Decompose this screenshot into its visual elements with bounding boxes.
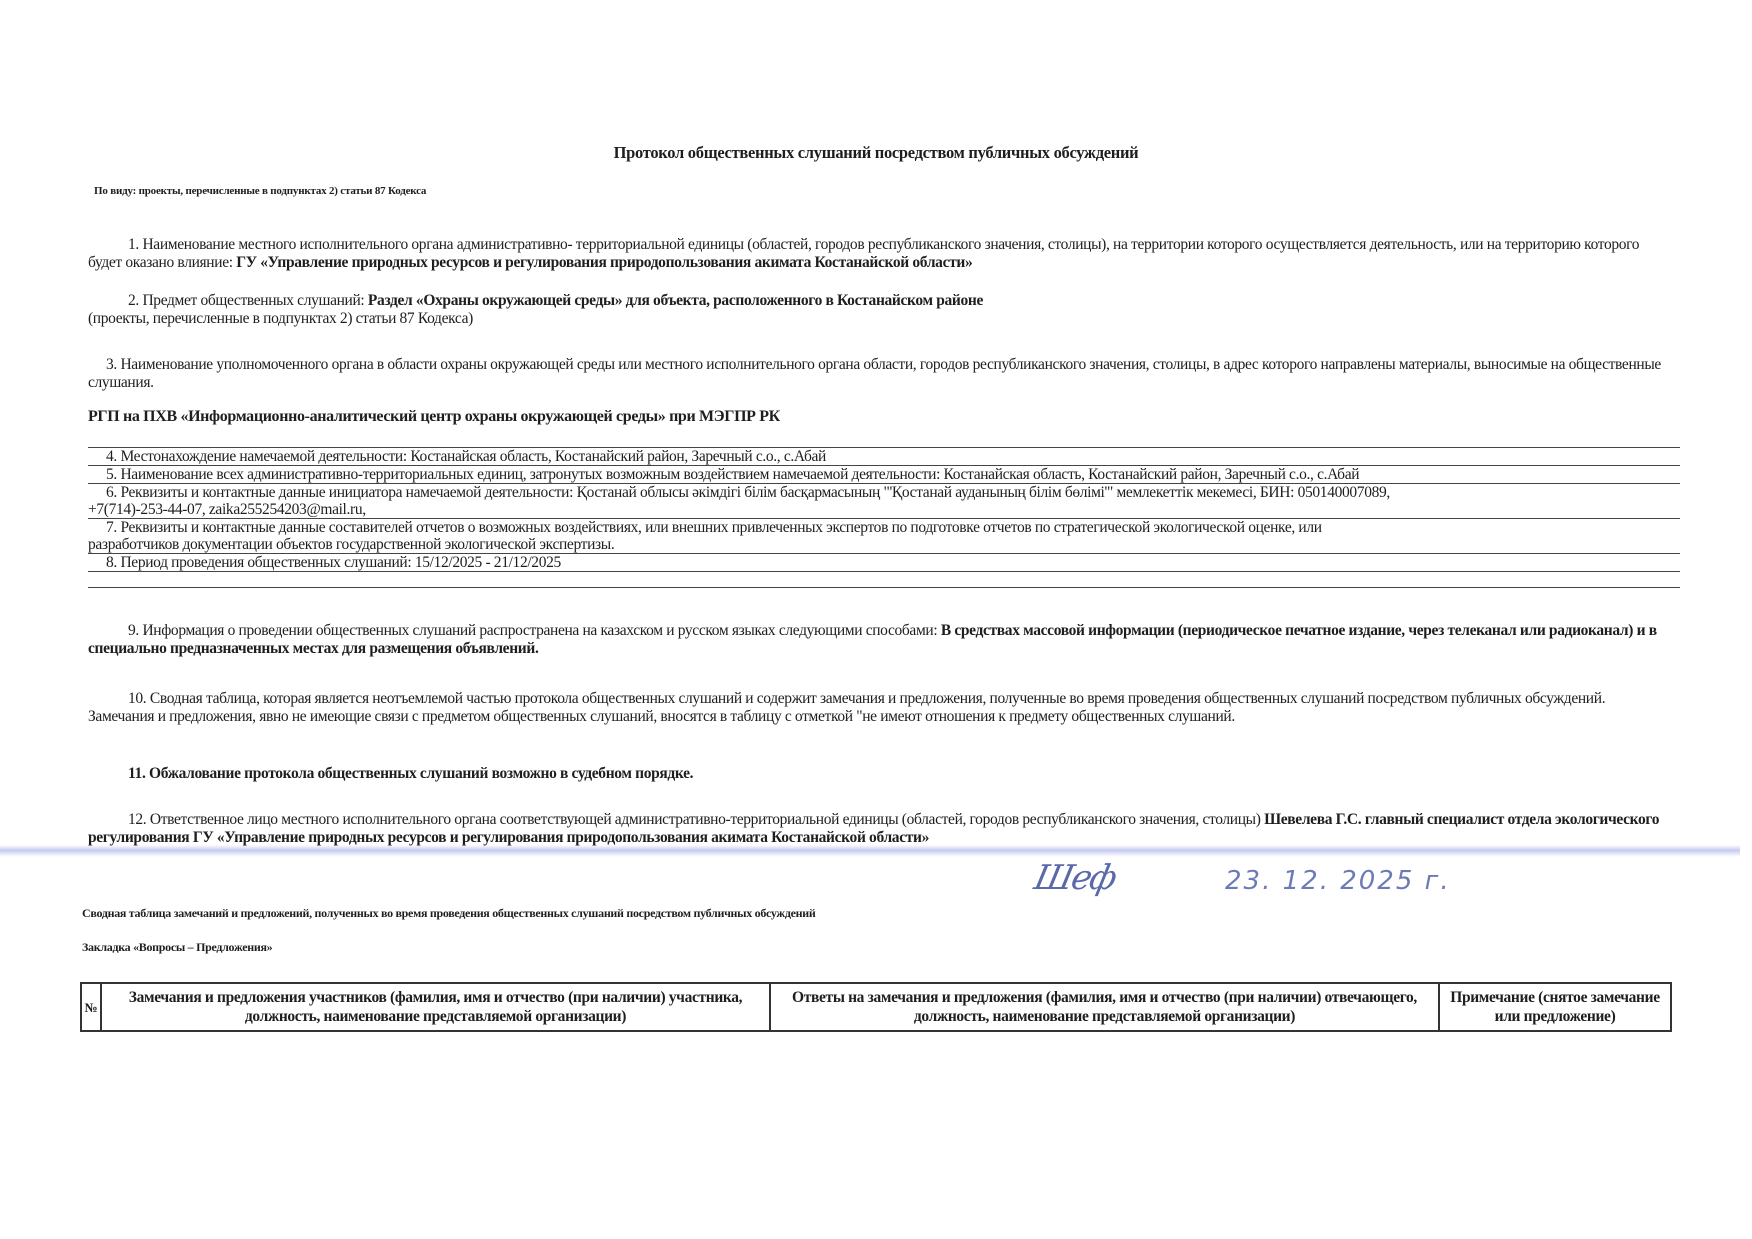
summary-table-header-row: № Замечания и предложения участников (фа… — [81, 983, 1671, 1031]
item-9: 9. Информация о проведении общественных … — [88, 622, 1668, 658]
item-6: 6. Реквизиты и контактные данные инициат… — [88, 484, 1680, 519]
item-2: 2. Предмет общественных слушаний: Раздел… — [88, 292, 1668, 328]
item-2-note: (проекты, перечисленные в подпунктах 2) … — [88, 310, 1668, 328]
item-2-value: Раздел «Охраны окружающей среды» для объ… — [368, 292, 983, 309]
handwritten-signature: Шеф — [1031, 858, 1119, 898]
item-9-text: 9. Информация о проведении общественных … — [128, 622, 941, 639]
column-remarks: Замечания и предложения участников (фами… — [101, 983, 770, 1031]
item-5: 5. Наименование всех административно-тер… — [88, 466, 1680, 484]
scan-artifact-band — [0, 845, 1740, 857]
document-title: Протокол общественных слушаний посредств… — [0, 143, 1752, 163]
blank-ruled-line — [88, 572, 1680, 588]
summary-heading: Сводная таблица замечаний и предложений,… — [82, 906, 815, 921]
handwritten-date: 23. 12. 2025 г. — [1225, 866, 1451, 896]
item-1: 1. Наименование местного исполнительного… — [88, 236, 1668, 272]
document-subtitle: По виду: проекты, перечисленные в подпун… — [94, 185, 426, 197]
summary-tab-label: Закладка «Вопросы – Предложения» — [82, 940, 272, 955]
item-1-value: ГУ «Управление природных ресурсов и регу… — [236, 254, 972, 271]
item-6-line1: 6. Реквизиты и контактные данные инициат… — [106, 484, 1390, 501]
item-6-line2: +7(714)-253-44-07, zaika255254203@mail.r… — [88, 501, 1680, 518]
item-3: 3. Наименование уполномоченного органа в… — [88, 356, 1668, 392]
item-8: 8. Период проведения общественных слушан… — [88, 554, 1680, 572]
item-11: 11. Обжалование протокола общественных с… — [88, 765, 1668, 783]
item-10: 10. Сводная таблица, которая является не… — [88, 690, 1668, 726]
item-12-text: 12. Ответственное лицо местного исполнит… — [128, 811, 1264, 828]
item-11-value: Обжалование протокола общественных слуша… — [149, 765, 693, 782]
item-7: 7. Реквизиты и контактные данные состави… — [88, 519, 1680, 554]
item-3-value: РГП на ПХВ «Информационно-аналитический … — [88, 408, 1668, 426]
item-7-line1: 7. Реквизиты и контактные данные состави… — [106, 519, 1322, 536]
column-note: Примечание (снятое замечание или предлож… — [1439, 983, 1671, 1031]
ruled-items: 4. Местонахождение намечаемой деятельнос… — [88, 447, 1680, 588]
item-11-number: 11. — [128, 765, 149, 782]
column-answers: Ответы на замечания и предложения (фамил… — [770, 983, 1439, 1031]
item-12: 12. Ответственное лицо местного исполнит… — [88, 811, 1668, 847]
item-4: 4. Местонахождение намечаемой деятельнос… — [88, 447, 1680, 466]
item-2-text: 2. Предмет общественных слушаний: — [128, 292, 368, 309]
summary-table: № Замечания и предложения участников (фа… — [80, 982, 1672, 1032]
column-number: № — [81, 983, 101, 1031]
item-7-line2: разработчиков документации объектов госу… — [88, 536, 1680, 553]
